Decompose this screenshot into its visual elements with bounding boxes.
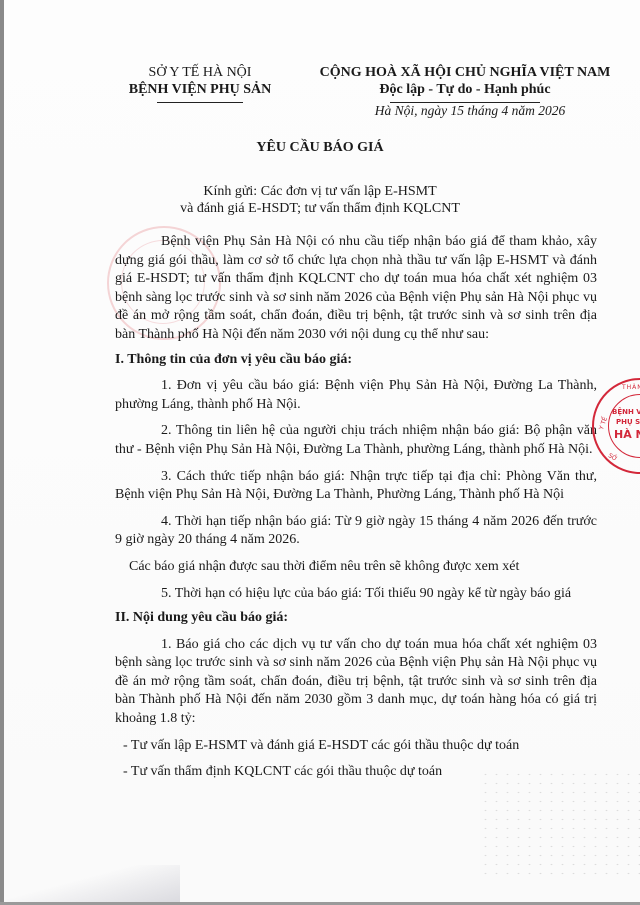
section-1-heading: I. Thông tin của đơn vị yêu cầu báo giá: xyxy=(115,351,597,370)
intro-paragraph: Bệnh viện Phụ Sản Hà Nội có nhu cầu tiếp… xyxy=(115,233,597,345)
seal-arc-bottom: SỞ xyxy=(607,452,619,463)
section-1-item-3: 3. Cách thức tiếp nhận báo giá: Nhận trự… xyxy=(115,468,597,505)
divider xyxy=(157,102,243,103)
recipient-line-2: và đánh giá E-HSDT; tư vấn thẩm định KQL… xyxy=(0,200,640,217)
section-1-item-4: 4. Thời hạn tiếp nhận báo giá: Từ 9 giờ … xyxy=(115,513,597,550)
section-1-item-5: 5. Thời hạn có hiệu lực của báo giá: Tối… xyxy=(115,585,597,604)
section-2-heading: II. Nội dung yêu cầu báo giá: xyxy=(115,609,597,628)
issuing-agency: SỞ Y TẾ HÀ NỘI BỆNH VIỆN PHỤ SẢN xyxy=(105,64,295,103)
seal-line-1: BỆNH V xyxy=(612,408,640,416)
seal-line-3: HÀ N xyxy=(614,428,640,441)
seal-arc-top: THÀNH xyxy=(622,384,640,391)
hospital-name: BỆNH VIỆN PHỤ SẢN xyxy=(105,81,295,98)
document-title: YÊU CẦU BÁO GIÁ xyxy=(0,140,640,156)
section-2-item-1: 1. Báo giá cho các dịch vụ tư vấn cho dự… xyxy=(115,636,597,729)
late-submission-note: Các báo giá nhận được sau thời điểm nêu … xyxy=(115,558,597,577)
seal-line-2: PHỤ S xyxy=(616,418,640,426)
national-header: CỘNG HOÀ XÃ HỘI CHỦ NGHĨA VIỆT NAM Độc l… xyxy=(300,64,630,103)
department-name: SỞ Y TẾ HÀ NỘI xyxy=(105,64,295,81)
section-1-item-2: 2. Thông tin liên hệ của người chịu trác… xyxy=(115,422,597,459)
recipient-line-1: Kính gửi: Các đơn vị tư vấn lập E-HSMT xyxy=(0,183,640,200)
country-name: CỘNG HOÀ XÃ HỘI CHỦ NGHĨA VIỆT NAM xyxy=(300,64,630,81)
section-2-bullet-1: - Tư vấn lập E-HSMT và đánh giá E-HSDT c… xyxy=(115,737,597,756)
scan-noise xyxy=(480,770,640,880)
section-1-item-1: 1. Đơn vị yêu cầu báo giá: Bệnh viện Phụ… xyxy=(115,377,597,414)
red-seal-stamp: THÀNH Y TẾ SỞ BỆNH V PHỤ S HÀ N ★ xyxy=(592,378,640,474)
document-page: SỞ Y TẾ HÀ NỘI BỆNH VIỆN PHỤ SẢN CỘNG HO… xyxy=(0,0,640,905)
document-body: Bệnh viện Phụ Sản Hà Nội có nhu cầu tiếp… xyxy=(115,233,597,782)
seal-inner-ring xyxy=(608,394,640,458)
recipient: Kính gửi: Các đơn vị tư vấn lập E-HSMT v… xyxy=(0,183,640,217)
page-curl-shadow xyxy=(0,865,180,905)
scan-edge xyxy=(0,0,4,905)
date-line: Hà Nội, ngày 15 tháng 4 năm 2026 xyxy=(330,103,610,119)
national-motto: Độc lập - Tự do - Hạnh phúc xyxy=(300,81,630,98)
section-2-bullet-2: - Tư vấn thẩm định KQLCNT các gói thầu t… xyxy=(115,763,597,782)
